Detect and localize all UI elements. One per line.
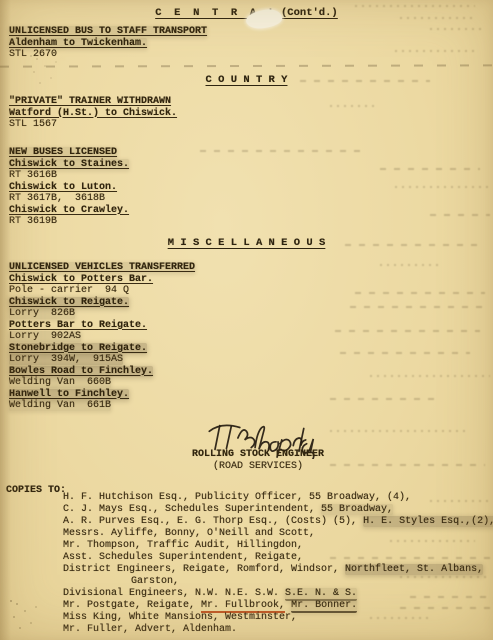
vehicle-text: Welding Van 660B bbox=[9, 377, 111, 388]
misc-transfers-entry: UNLICENSED VEHICLES TRANSFERRED Chiswick… bbox=[9, 262, 195, 412]
ghost-mark bbox=[350, 306, 490, 308]
vehicle-text: STL 2670 bbox=[9, 49, 57, 60]
signature-stroke bbox=[293, 438, 305, 446]
copies-list: H. F. Hutchison Esq., Publicity Officer,… bbox=[63, 492, 493, 636]
bonner-highlight: Mr. Bonner. bbox=[291, 600, 357, 613]
signature-stroke bbox=[255, 427, 269, 450]
entry-title: "PRIVATE" TRAINER WITHDRAWN bbox=[9, 96, 171, 107]
entry-title: UNLICENSED BUS TO STAFF TRANSPORT bbox=[9, 26, 207, 37]
signature-block: ROLLING STOCK ENGINEER (ROAD SERVICES) bbox=[146, 449, 370, 472]
entry-title-line: UNLICENSED BUS TO STAFF TRANSPORT bbox=[9, 26, 207, 38]
copies-line: Mr. Postgate, Reigate, Mr. Fullbrook, Mr… bbox=[63, 600, 493, 612]
vehicle-line: Lorry 394W, 915AS bbox=[9, 354, 195, 366]
vehicle-text: Lorry 902AS bbox=[9, 331, 81, 342]
central-entry: UNLICENSED BUS TO STAFF TRANSPORT Aldenh… bbox=[9, 26, 207, 61]
copies-line: Divisional Engineers, N.W. N.E. S.W. S.E… bbox=[63, 588, 493, 600]
country-trainer-entry: "PRIVATE" TRAINER WITHDRAWN Watford (H.S… bbox=[9, 96, 177, 131]
route-text: Chiswick to Luton. bbox=[9, 182, 117, 193]
copies-line: C. J. Mays Esq., Schedules Superintenden… bbox=[63, 504, 493, 516]
ghost-mark bbox=[430, 28, 485, 30]
ghost-mark bbox=[330, 398, 440, 400]
route-text: Bowles Road to Finchley. bbox=[9, 366, 153, 377]
route-line: Potters Bar to Reigate. bbox=[9, 320, 195, 332]
ghost-mark bbox=[395, 50, 475, 52]
vehicle-line: Welding Van 660B bbox=[9, 377, 195, 389]
route-text: Hanwell to Finchley. bbox=[9, 389, 129, 400]
ghost-mark bbox=[335, 330, 480, 332]
copies-label: COPIES TO: bbox=[6, 485, 66, 496]
vehicle-line: Lorry 902AS bbox=[9, 331, 195, 343]
section-heading-misc: M I S C E L L A N E O U S bbox=[0, 237, 493, 249]
vehicle-line: RT 3619B bbox=[9, 216, 129, 228]
ghost-mark bbox=[380, 168, 480, 170]
route-text: Aldenham to Twickenham. bbox=[9, 38, 147, 49]
route-text: Watford (H.St.) to Chiswick. bbox=[9, 108, 177, 119]
vehicle-line: STL 2670 bbox=[9, 49, 207, 61]
ghost-mark bbox=[330, 105, 375, 107]
vehicle-line: Lorry 826B bbox=[9, 308, 195, 320]
heading-misc-text: M I S C E L L A N E O U S bbox=[168, 237, 326, 249]
signature-stroke bbox=[226, 427, 231, 449]
scanned-document-page: C E N T R A L (Cont'd.) UNLICENSED BUS T… bbox=[0, 0, 493, 640]
copies-line: A. R. Purves Esq., E. G. Thorp Esq., (Co… bbox=[63, 516, 493, 528]
vehicle-text: Pole - carrier 94 Q bbox=[9, 285, 129, 296]
ghost-mark bbox=[200, 150, 360, 152]
entry-title: UNLICENSED VEHICLES TRANSFERRED bbox=[9, 262, 195, 273]
vehicle-text: RT 3619B bbox=[9, 216, 57, 227]
ghost-mark bbox=[430, 214, 490, 216]
route-line: Bowles Road to Finchley. bbox=[9, 366, 195, 378]
ghost-mark bbox=[355, 292, 485, 294]
copies-line: Mr. Thompson, Traffic Audit, Hillingdon, bbox=[63, 540, 493, 552]
heading-central-contd: (Cont'd.) bbox=[281, 7, 338, 19]
vehicle-line: Welding Van 661B bbox=[9, 400, 195, 412]
ghost-mark bbox=[370, 375, 490, 377]
route-text: Chiswick to Reigate. bbox=[9, 297, 129, 308]
route-line: Chiswick to Crawley. bbox=[9, 205, 129, 217]
entry-title: NEW BUSES LICENSED bbox=[9, 147, 117, 158]
ghost-mark bbox=[330, 430, 470, 432]
vehicle-line: RT 3616B bbox=[9, 170, 129, 182]
route-line: Watford (H.St.) to Chiswick. bbox=[9, 108, 177, 120]
copies-line-garston: Garston, bbox=[63, 576, 493, 588]
route-line: Chiswick to Potters Bar. bbox=[9, 274, 195, 286]
signature-stroke bbox=[238, 430, 255, 448]
signatory-subtitle: (ROAD SERVICES) bbox=[146, 461, 370, 473]
route-text: Chiswick to Potters Bar. bbox=[9, 274, 153, 285]
copies-line: Messrs. Ayliffe, Bonny, O'Neill and Scot… bbox=[63, 528, 493, 540]
ghost-mark bbox=[340, 352, 470, 354]
vehicle-line: Pole - carrier 94 Q bbox=[9, 285, 195, 297]
route-line: Hanwell to Finchley. bbox=[9, 389, 195, 401]
copies-label-line: COPIES TO: bbox=[6, 485, 66, 497]
vehicle-text: RT 3617B, 3618B bbox=[9, 193, 105, 204]
vehicle-text: Welding Van 661B bbox=[9, 400, 111, 411]
copies-line: Asst. Schedules Superintendent, Reigate, bbox=[63, 552, 493, 564]
entry-title-line: NEW BUSES LICENSED bbox=[9, 147, 129, 159]
ghost-speckles bbox=[10, 600, 12, 602]
route-line: Aldenham to Twickenham. bbox=[9, 38, 207, 50]
section-heading-country: C O U N T R Y bbox=[0, 74, 493, 86]
copies-line: District Engineers, Reigate, Romford, Wi… bbox=[63, 564, 493, 576]
route-line: Chiswick to Reigate. bbox=[9, 297, 195, 309]
route-text: Chiswick to Crawley. bbox=[9, 205, 129, 216]
vehicle-text: RT 3616B bbox=[9, 170, 57, 181]
entry-title-line: "PRIVATE" TRAINER WITHDRAWN bbox=[9, 96, 177, 108]
signatory-title: ROLLING STOCK ENGINEER bbox=[146, 449, 370, 461]
new-buses-entry: NEW BUSES LICENSED Chiswick to Staines. … bbox=[9, 147, 129, 228]
route-line: Chiswick to Luton. bbox=[9, 182, 129, 194]
copies-line: H. F. Hutchison Esq., Publicity Officer,… bbox=[63, 492, 493, 504]
vehicle-text: Lorry 826B bbox=[9, 308, 75, 319]
ghost-mark bbox=[380, 264, 440, 266]
dashed-fold-line bbox=[0, 64, 493, 67]
route-text: Potters Bar to Reigate. bbox=[9, 320, 147, 331]
route-line: Stonebridge to Reigate. bbox=[9, 343, 195, 355]
copies-line: Miss King, White Mansions, Westminster, bbox=[63, 612, 493, 624]
vehicle-line: STL 1567 bbox=[9, 119, 177, 131]
ghost-mark bbox=[395, 186, 490, 188]
route-line: Chiswick to Staines. bbox=[9, 159, 129, 171]
copies-label-block: COPIES TO: bbox=[6, 485, 66, 497]
vehicle-line: RT 3617B, 3618B bbox=[9, 193, 129, 205]
entry-title-line: UNLICENSED VEHICLES TRANSFERRED bbox=[9, 262, 195, 274]
signature-stroke bbox=[215, 426, 220, 450]
heading-country-text: C O U N T R Y bbox=[206, 74, 288, 86]
vehicle-text: STL 1567 bbox=[9, 119, 57, 130]
signature-stroke bbox=[209, 425, 240, 431]
vehicle-text: Lorry 394W, 915AS bbox=[9, 354, 123, 365]
route-text: Stonebridge to Reigate. bbox=[9, 343, 147, 354]
copies-line: Mr. Fuller, Advert, Aldenham. bbox=[63, 624, 493, 636]
route-text: Chiswick to Staines. bbox=[9, 159, 129, 170]
